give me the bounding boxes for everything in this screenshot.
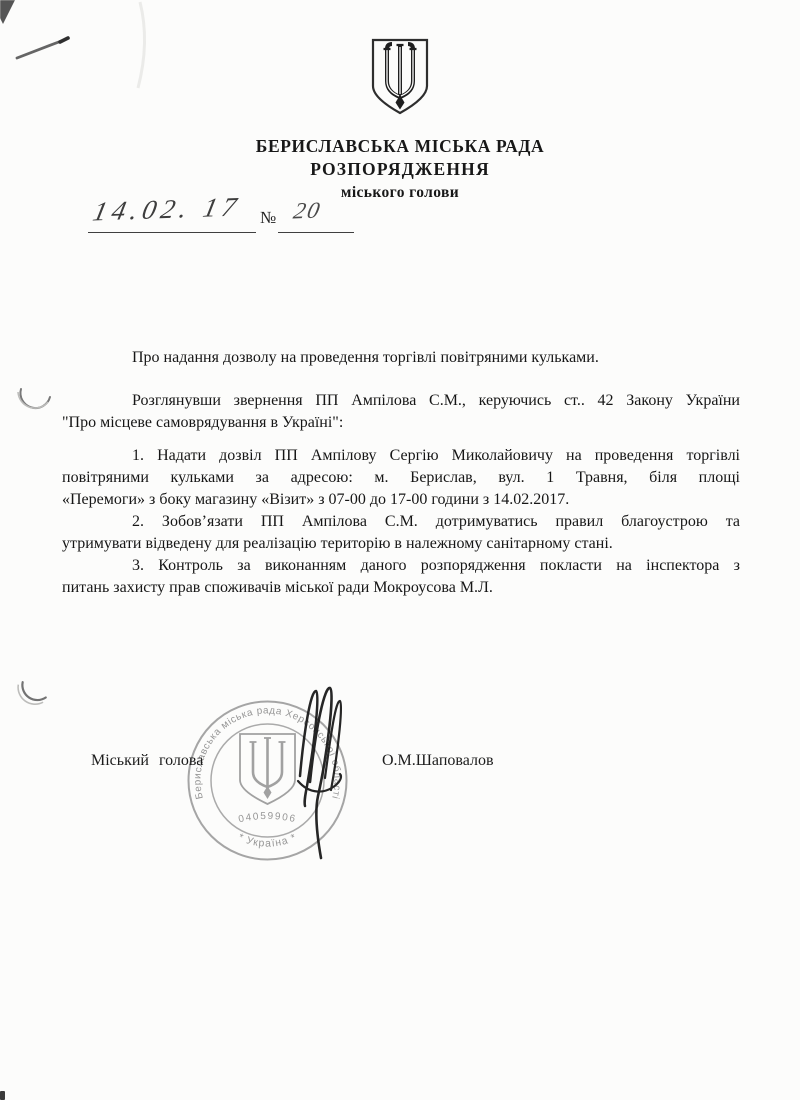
number-sign-label: № [260, 208, 276, 228]
document-text-line: "Про місцеве самоврядування в Україні": [62, 412, 740, 434]
document-text-line: Про надання дозволу на проведення торгів… [62, 347, 740, 369]
document-text-line: 2. Зобов’язати ПП Ампілова С.М. дотримув… [62, 511, 740, 533]
scanned-document-page: БЕРИСЛАВСЬКА МІСЬКА РАДА РОЗПОРЯДЖЕННЯ м… [0, 0, 800, 1100]
date-underline [88, 232, 256, 233]
document-type: РОЗПОРЯДЖЕННЯ [0, 159, 800, 180]
document-body: Про надання дозволу на проведення торгів… [62, 347, 740, 599]
hole-punch-mark [14, 376, 60, 418]
document-text-line: повітряними кульками за адресою: м. Бери… [62, 467, 740, 489]
handwritten-number: 20 [291, 198, 324, 225]
document-text-line: 3. Контроль за виконанням даного розпоря… [62, 555, 740, 577]
org-name: БЕРИСЛАВСЬКА МІСЬКА РАДА [0, 136, 800, 157]
document-text-line: «Перемоги» з боку магазину «Візит» з 07-… [62, 489, 740, 511]
document-text-line: 1. Надати дозвіл ПП Ампілову Сергію Мико… [62, 445, 740, 467]
handwritten-signature [285, 678, 357, 873]
document-text-line: питань захисту прав споживачів міської р… [62, 577, 740, 599]
document-text-line: Розглянувши звернення ПП Ампілова С.М., … [62, 390, 740, 412]
scan-corner-artifact [0, 0, 16, 26]
trident-emblem-icon [366, 36, 434, 118]
scan-edge-artifact [0, 1091, 5, 1100]
handwritten-date: 14.02. 17 [90, 191, 244, 227]
pen-stroke-artifact [12, 30, 76, 64]
signer-name: О.М.Шаповалов [382, 752, 494, 770]
hole-punch-mark [9, 669, 61, 721]
signer-position-label: Міський голова [91, 752, 203, 770]
document-text-line: утримувати відведену для реалізацію тери… [62, 533, 740, 555]
scan-streak-artifact [130, 0, 160, 92]
date-number-block: 14.02. 17 № 20 [88, 196, 388, 242]
number-underline [278, 232, 354, 233]
